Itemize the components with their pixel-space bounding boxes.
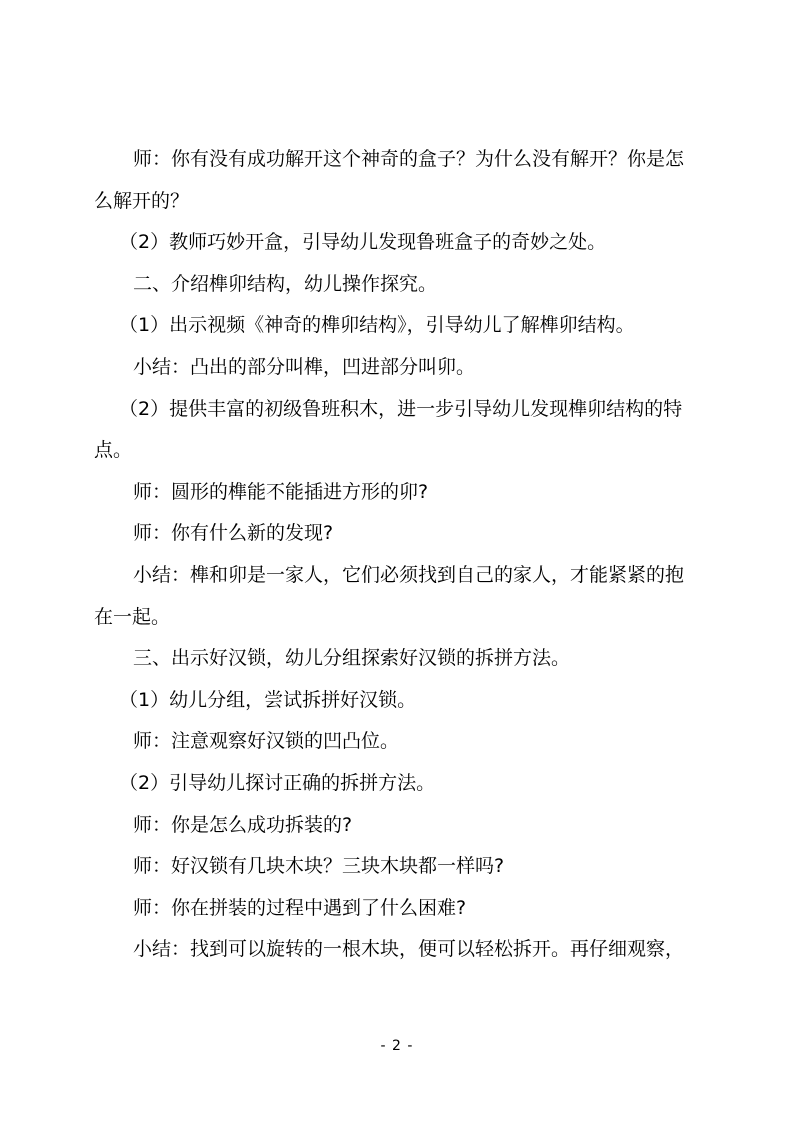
text-line: （2）引导幼儿探讨正确的拆拼方法。 xyxy=(94,763,714,805)
text-line: 点。 xyxy=(94,430,714,472)
text-line: （2）教师巧妙开盒，引导幼儿发现鲁班盒子的奇妙之处。 xyxy=(94,222,714,264)
document-page: 师：你有没有成功解开这个神奇的盒子？为什么没有解开？你是怎么解开的？（2）教师巧… xyxy=(0,0,794,1123)
text-line: 在一起。 xyxy=(94,597,714,639)
page-number: - 2 - xyxy=(381,1038,414,1054)
text-line: 小结：凸出的部分叫榫，凹进部分叫卯。 xyxy=(94,347,714,389)
text-line: （2）提供丰富的初级鲁班积木，进一步引导幼儿发现榫卯结构的特 xyxy=(94,389,714,431)
text-line: 么解开的？ xyxy=(94,181,714,223)
text-line: 师：注意观察好汉锁的凹凸位。 xyxy=(94,721,714,763)
text-line: （1）出示视频《神奇的榫卯结构》，引导幼儿了解榫卯结构。 xyxy=(94,305,714,347)
text-line: 师：你有没有成功解开这个神奇的盒子？为什么没有解开？你是怎 xyxy=(94,139,714,181)
document-body: 师：你有没有成功解开这个神奇的盒子？为什么没有解开？你是怎么解开的？（2）教师巧… xyxy=(94,139,714,971)
text-line: 师：好汉锁有几块木块？三块木块都一样吗? xyxy=(94,846,714,888)
text-line: 小结：榫和卯是一家人，它们必须找到自己的家人，才能紧紧的抱 xyxy=(94,555,714,597)
text-line: 师：你有什么新的发现? xyxy=(94,513,714,555)
text-line: 师：你是怎么成功拆装的? xyxy=(94,805,714,847)
text-line: 师：圆形的榫能不能插进方形的卯? xyxy=(94,472,714,514)
text-line: 师：你在拼装的过程中遇到了什么困难? xyxy=(94,888,714,930)
page-footer: - 2 - xyxy=(0,1036,794,1056)
text-line: （1）幼儿分组，尝试拆拼好汉锁。 xyxy=(94,680,714,722)
text-line: 三、出示好汉锁，幼儿分组探索好汉锁的拆拼方法。 xyxy=(94,638,714,680)
text-line: 小结：找到可以旋转的一根木块，便可以轻松拆开。再仔细观察， xyxy=(94,929,714,971)
text-line: 二、介绍榫卯结构，幼儿操作探究。 xyxy=(94,264,714,306)
